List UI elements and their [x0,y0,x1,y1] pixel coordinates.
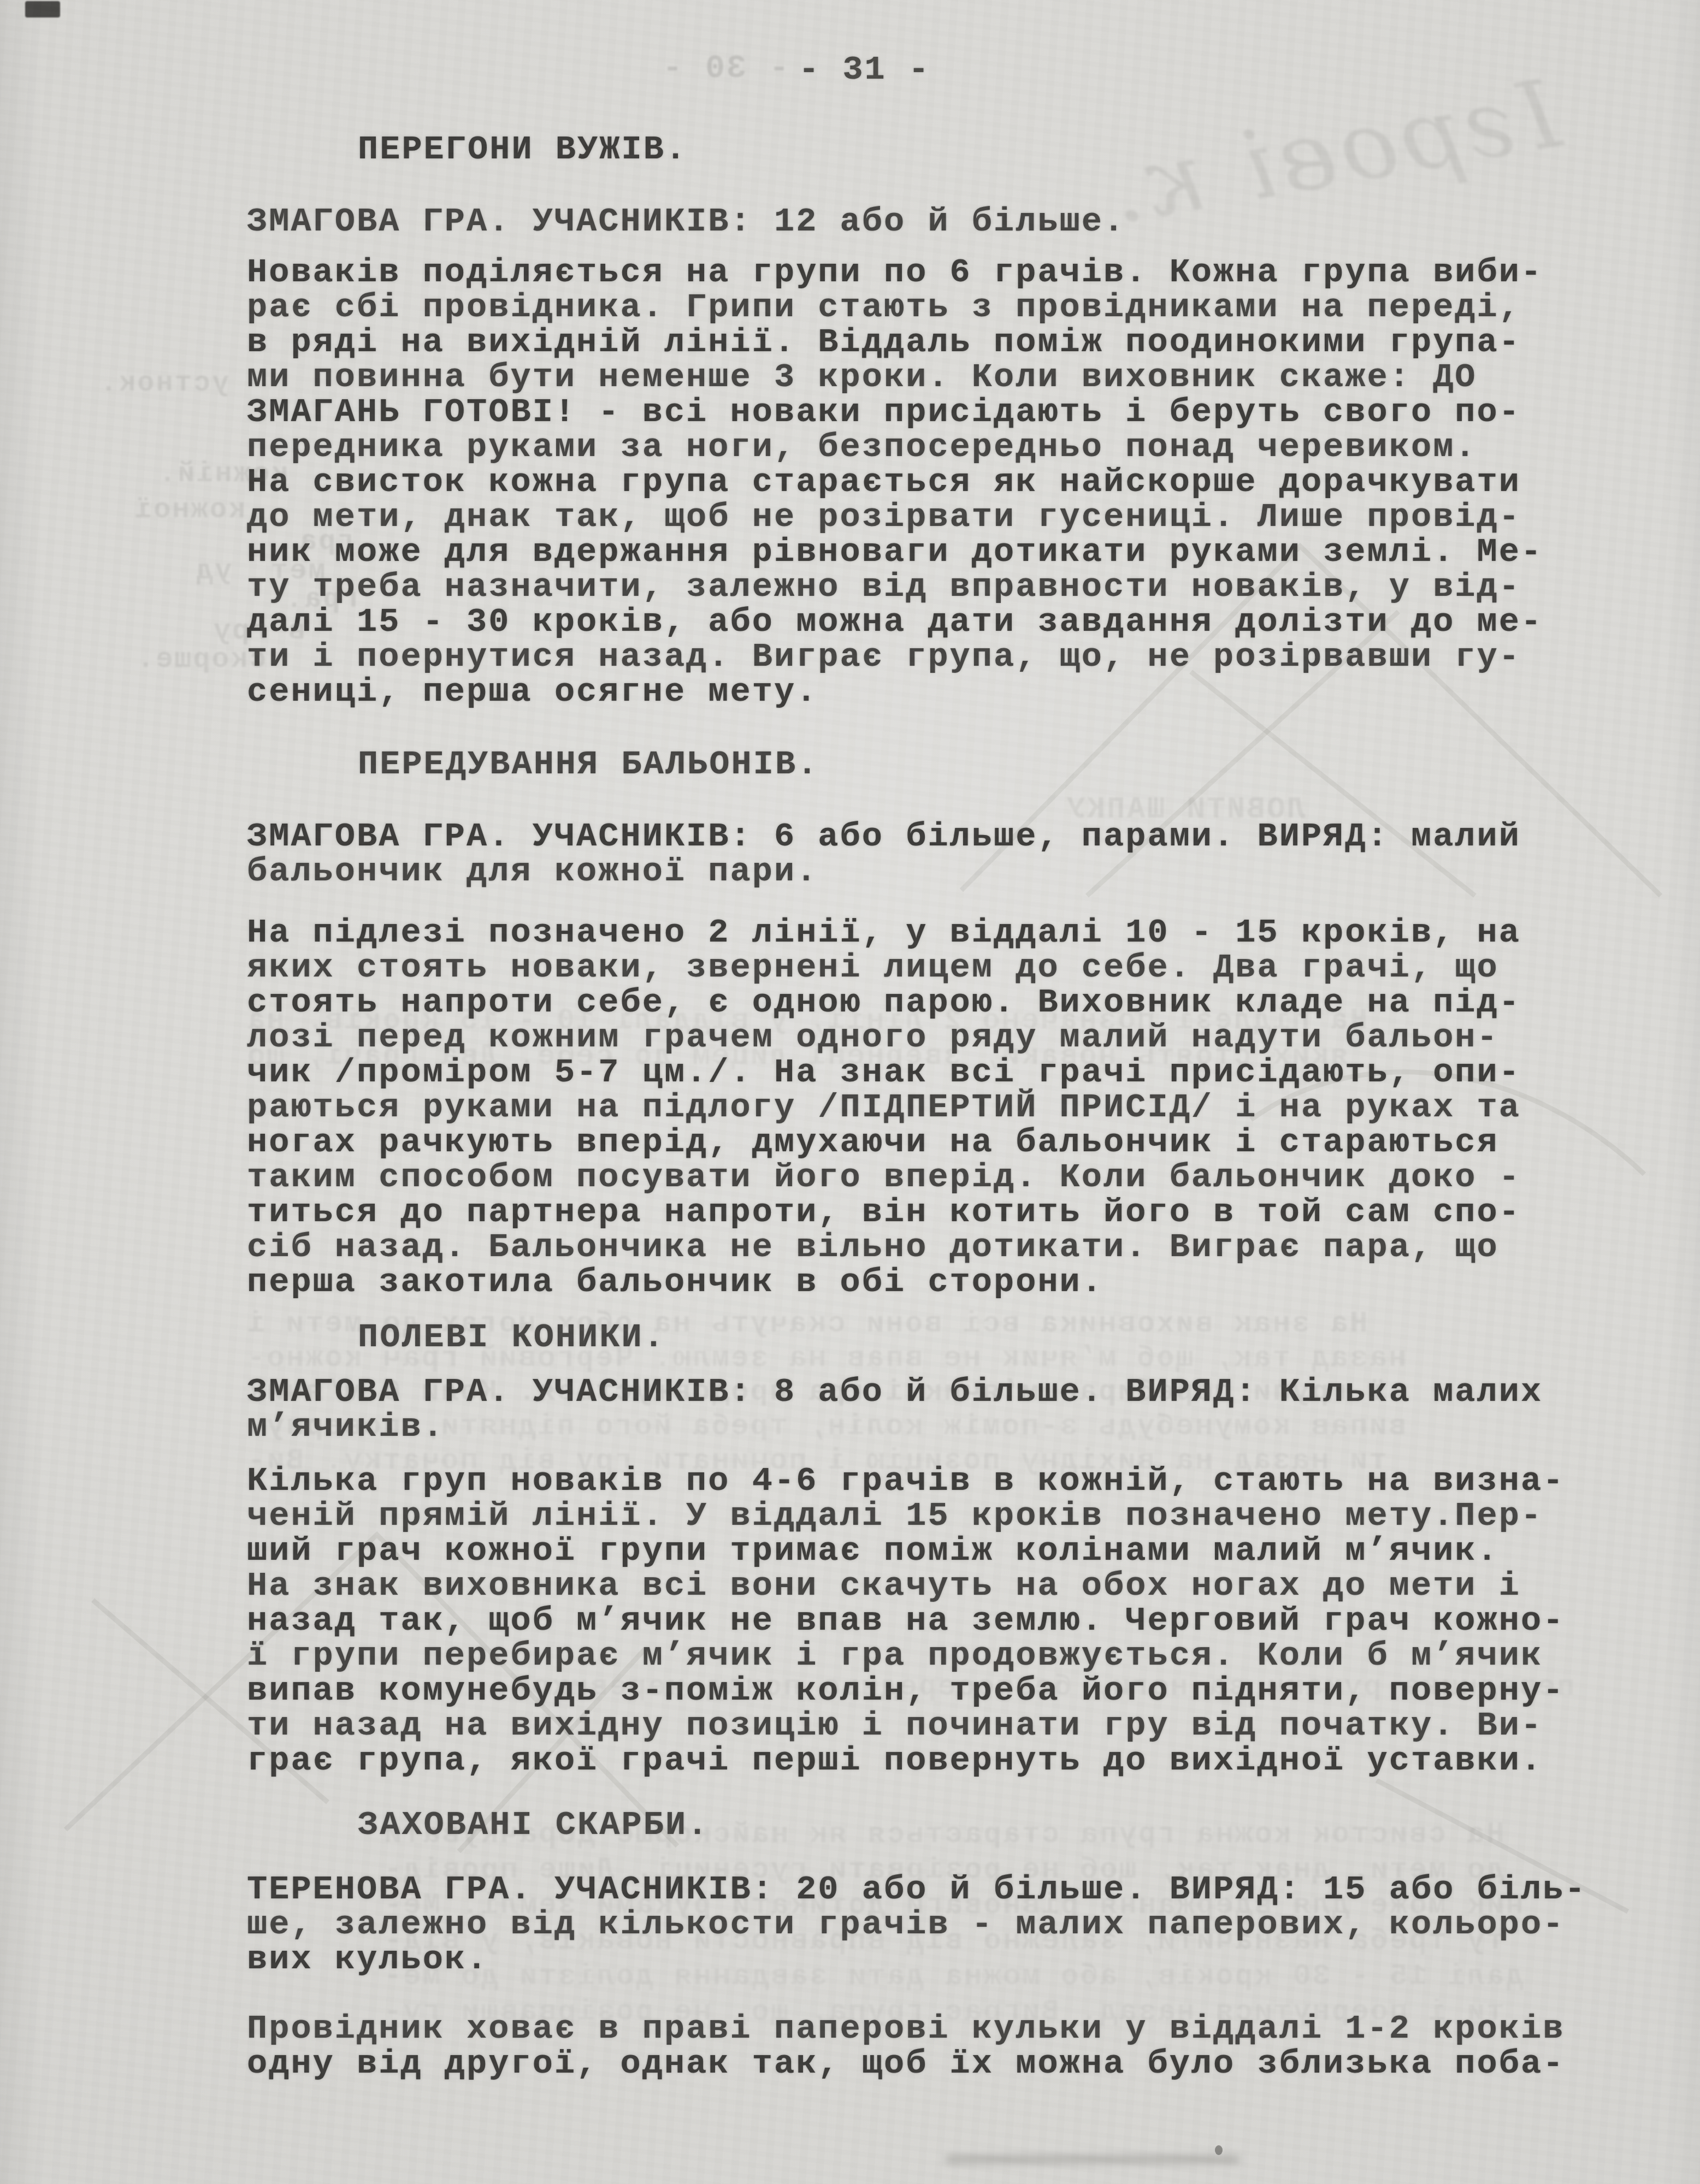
body-line: назад так, щоб м’ячик не впав на землю. … [247,1603,1565,1638]
bleedthrough-line: назад так, щоб м’ячик не впав на землю. … [246,1342,1406,1375]
section-intro-line: бальончик для кожної пари. [247,854,818,889]
bleedthrough-line: до мети, днак так, щоб не розірвати гусе… [382,1854,1504,1887]
bleedthrough-line: ти назад на вихідну позицію і починати г… [246,1445,1387,1478]
body-line: Новаків поділяється на групи по 6 грачів… [247,255,1543,290]
bleedthrough-fragment: кожній. [157,458,288,490]
bleedthrough-line: На свисток кожна група старається як най… [382,1819,1504,1851]
bleedthrough-fragment: скорше. [135,643,266,676]
bleedthrough-line: яких стоять новаки, звернені лицем до се… [246,1040,1348,1073]
scan-edge-mark [25,1,60,17]
bleedthrough-fragment: устнок. [98,367,229,400]
bleedthrough-fragment: гра. [284,583,359,616]
body-line: ЗМАГАНЬ ГОТОВІ! - всі новаки присідають … [247,395,1521,430]
body-line: до мети, днак так, щоб не розірвати гусе… [247,500,1521,535]
body-line: ти назад на вихідну позицію і починати г… [247,1708,1543,1743]
body-line: ник може для вдержання рівноваги дотикат… [247,535,1543,570]
body-line: далі 15 - 30 кроків, або можна дати завд… [247,605,1543,640]
section-intro-line: ЗМАГОВА ГРА. УЧАСНИКІВ: 12 або й більше. [247,204,1125,239]
bottom-smudge [945,2155,1240,2164]
bleedthrough-line: ник може для вдержання рівноваги дотикат… [382,1890,1524,1922]
section-heading: ПЕРЕДУВАННЯ БАЛЬОНІВ. [358,747,819,782]
page-number: - 31 - [799,52,930,87]
bleedthrough-heading: ЛОВИТИ ШАПКУ [1065,793,1305,826]
bleedthrough-fragment: кожної [133,494,245,526]
body-line: сениці, перша осягне мету. [247,674,818,709]
body-line: таким способом посувати його вперід. Кол… [247,1160,1521,1195]
bleedthrough-line: ї групи перебирає м’ячик і гра продовжує… [246,1376,1387,1409]
body-line: титься до партнера напроти, він котить й… [247,1195,1521,1230]
bleedthrough-line: ту треба назначити, залежно від вправнос… [382,1925,1504,1958]
body-line: грає група, якої грачі перші повернуть д… [247,1743,1543,1778]
body-line: ти і поернутися назад. Виграє група, що,… [247,640,1521,674]
body-line: На свисток кожна група старається як най… [247,465,1521,500]
body-line: На підлезі позначено 2 лінії, у віддалі … [247,915,1521,950]
body-line: раються руками на підлогу /ПІДПЕРТИЙ ПРИ… [247,1090,1521,1125]
body-line: перша закотила бальончик в обі сторони. [247,1265,1103,1300]
section-heading: ПЕРЕГОНИ ВУЖІВ. [358,132,687,167]
body-line: На знак виховника всі вони скачуть на об… [247,1569,1521,1603]
body-line: ногах рачкують вперід, дмухаючи на бальо… [247,1125,1499,1160]
section-intro-line: ЗМАГОВА ГРА. УЧАСНИКІВ: 6 або більше, па… [247,819,1521,854]
body-line: ту треба назначити, залежно від вправнос… [247,570,1521,605]
bleedthrough-line: На підлезі позначено 2 лінії, у віддалі … [246,1005,1368,1038]
body-line: ченій прямій лінії. У віддалі 15 кроків … [247,1499,1543,1534]
bleedthrough-fragment: гра [298,525,355,558]
bleedthrough-line: далі 15 - 30 кроків, або можна дати завд… [382,1961,1524,1993]
bleedthrough-page-number: - 30 - [661,52,789,85]
body-line: яких стоять новаки, звернені лицем до се… [247,950,1499,985]
bleedthrough-line: ти і поернутися назад. Виграє група, що,… [382,1996,1504,2029]
bleedthrough-line: передника руками за ноги, безпосередньо … [492,1671,1575,1704]
body-line: рає сбі провідника. Грипи стають з прові… [247,290,1521,325]
body-line: ї групи перебирає м’ячик і гра продовжує… [247,1638,1543,1673]
bleedthrough-line: випав комунебудь з-поміж колін, треба йо… [246,1411,1406,1443]
bleedthrough-line: На знак виховника всі вони скачуть на об… [246,1308,1368,1341]
body-line: сіб назад. Бальончика не вільно дотикати… [247,1230,1499,1265]
body-line: в ряді на вихідній лінії. Віддаль поміж … [247,325,1521,360]
body-line: ми повинна бути неменше 3 кроки. Коли ви… [247,360,1477,395]
body-line: передника руками за ноги, безпосередньо … [247,430,1477,465]
body-line: одну від другої, однак так, щоб їх можна… [247,2046,1565,2081]
bleedthrough-fragment: в гру [212,615,305,648]
bleedthrough-fragment: мет уд [194,555,325,588]
scanned-typewritten-page: { "page": { "number": "- 31 -" }, "secti… [0,0,1700,2184]
body-line: ший грач кожної групи тримає поміж колін… [247,1534,1499,1569]
ink-speck [1215,2145,1223,2155]
